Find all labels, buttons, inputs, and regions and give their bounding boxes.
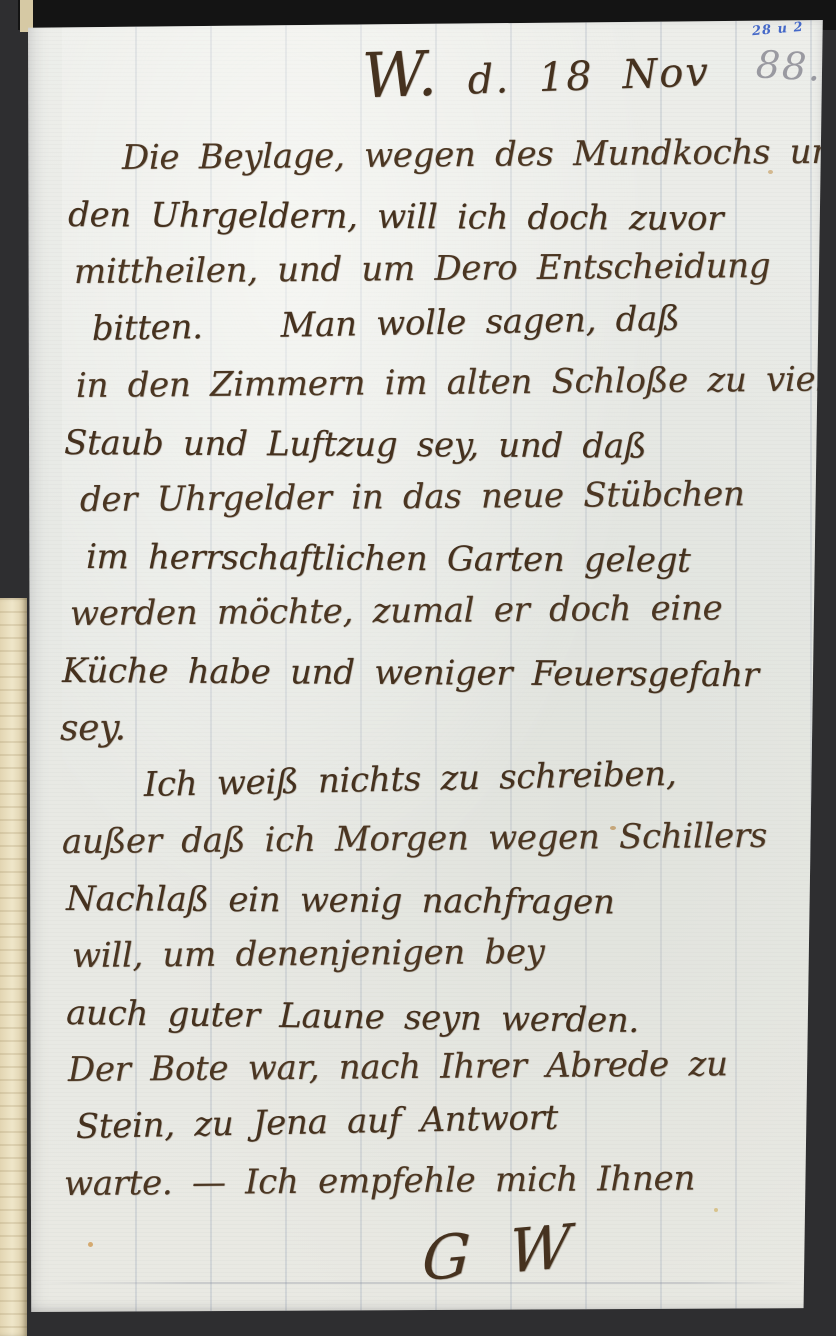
- adjacent-page-edge-top: [20, 0, 33, 32]
- manuscript-line: der Uhrgelder in das neue Stübchen: [80, 474, 806, 537]
- letter-dateline: W. d. 18 Nov: [361, 25, 783, 113]
- manuscript-line: außer daß ich Morgen wegen Schillers: [62, 816, 806, 879]
- book-fore-edge: [0, 598, 27, 1336]
- foxing-spot: [610, 826, 616, 830]
- foxing-spot: [714, 1208, 718, 1212]
- manuscript-line: in den Zimmern im alten Schloße zu viel: [76, 360, 806, 423]
- letter-body: Die Beylage, wegen des Mundkochs und den…: [58, 138, 806, 1221]
- manuscript-line: werden möchte, zumal er doch eine: [70, 588, 806, 651]
- paper-crease: [40, 1282, 802, 1284]
- foxing-spot: [768, 170, 773, 174]
- letter-page: 28 u 2 88. W. d. 18 Nov Die Beylage, weg…: [24, 20, 826, 1312]
- foxing-spot: [88, 1242, 93, 1247]
- manuscript-line: Die Beylage, wegen des Mundkochs und: [122, 132, 806, 195]
- manuscript-line: bitten. Man wolle sagen, daß: [92, 297, 807, 366]
- manuscript-scan: 28 u 2 88. W. d. 18 Nov Die Beylage, weg…: [0, 0, 836, 1336]
- manuscript-line: will, um denenjenigen bey: [72, 930, 806, 993]
- manuscript-line: warte. — Ich empfehle mich Ihnen: [64, 1158, 806, 1221]
